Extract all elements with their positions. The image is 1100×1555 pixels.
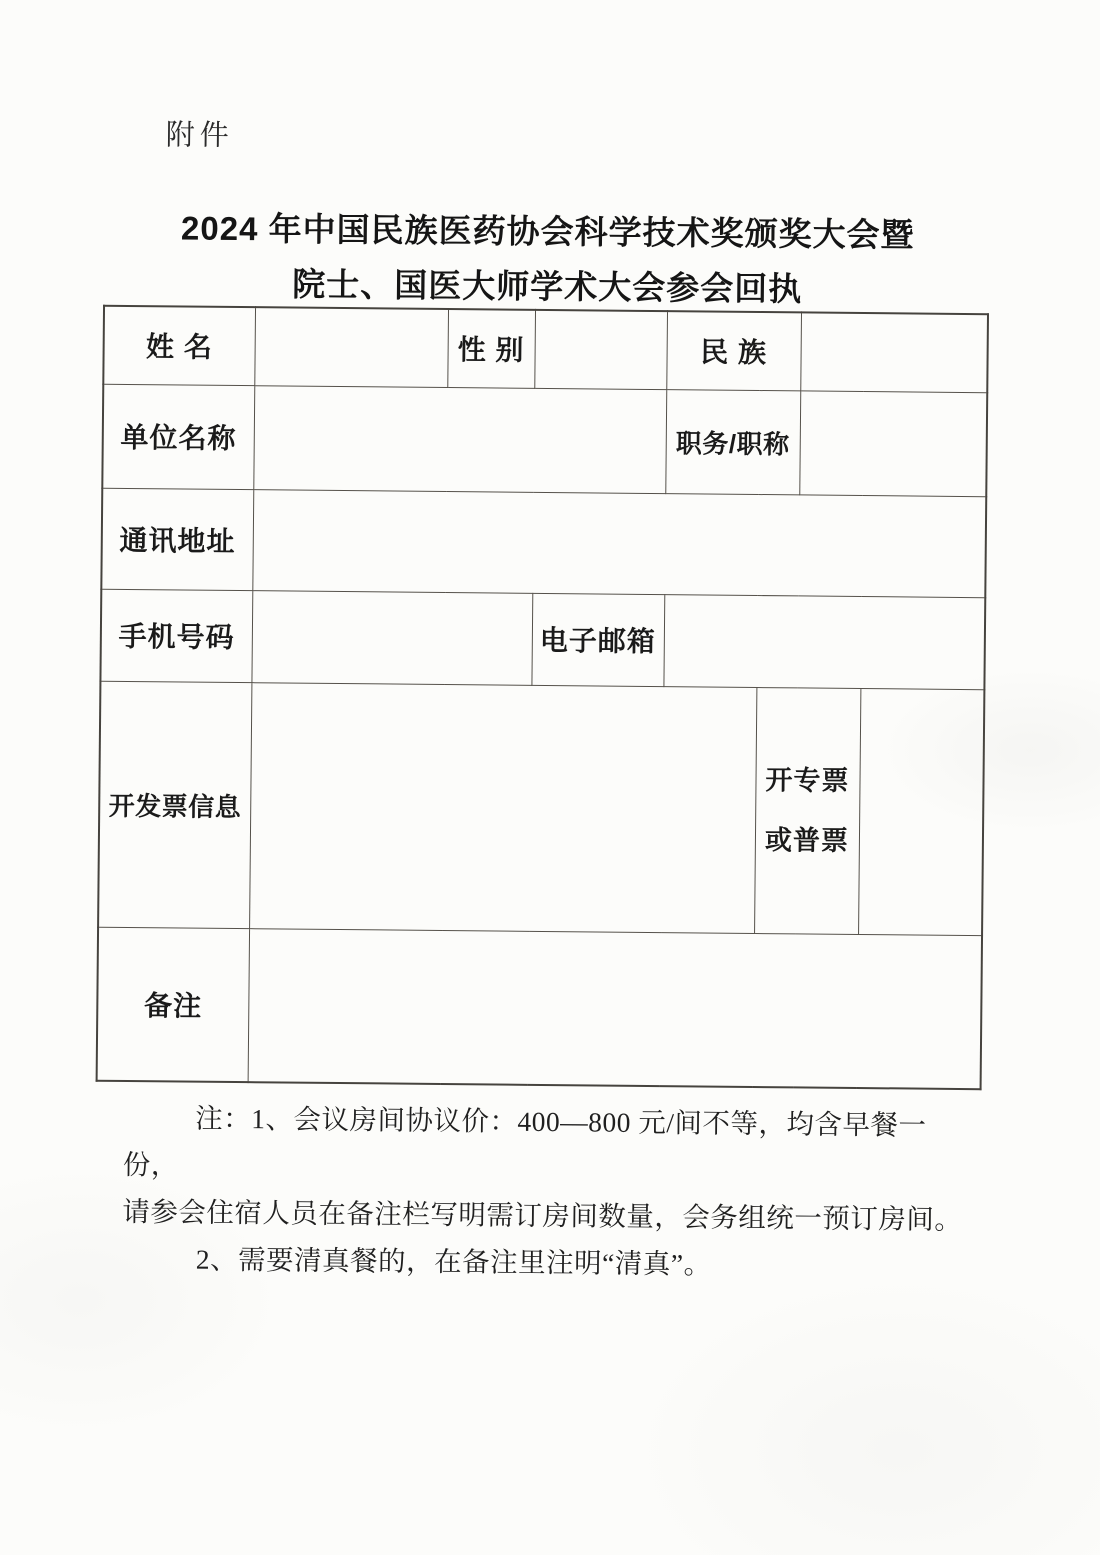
- email-value-cell: [663, 594, 985, 689]
- organization-value-cell: [253, 385, 666, 493]
- mobile-label: 手机号码: [100, 589, 252, 682]
- name-label: 姓 名: [103, 306, 255, 385]
- row-organization-position: 单位名称 职务/职称: [102, 384, 987, 496]
- ethnicity-label: 民 族: [666, 311, 801, 390]
- gender-value-cell: [534, 310, 667, 389]
- row-invoice: 开发票信息 开专票 或普票: [98, 681, 984, 935]
- scanned-document-page: 附件 2024 年中国民族医药协会科学技术奖颁奖大会暨 院士、国医大师学术大会参…: [0, 0, 1100, 1555]
- remarks-label: 备注: [97, 927, 249, 1082]
- scan-tilt-wrapper: 附件 2024 年中国民族医药协会科学技术奖颁奖大会暨 院士、国医大师学术大会参…: [0, 0, 1100, 1555]
- name-value-cell: [254, 307, 448, 387]
- invoice-type-value-cell: [858, 688, 984, 935]
- row-name-gender-ethnicity: 姓 名 性 别 民 族: [103, 306, 988, 392]
- footnote-line-2: 请参会住宿人员在备注栏写明需订房间数量，会务组统一预订房间。: [122, 1188, 968, 1243]
- invoice-value-cell: [249, 682, 756, 933]
- email-label: 电子邮箱: [531, 593, 664, 686]
- footnote-line-3: 2、需要清真餐的，在备注里注明“清真”。: [122, 1235, 968, 1290]
- organization-label: 单位名称: [102, 384, 254, 489]
- invoice-type-label: 开专票 或普票: [754, 687, 860, 934]
- attachment-label: 附件: [166, 112, 234, 154]
- registration-form-table: 姓 名 性 别 民 族 单位名称 职务/职称 通讯地址: [96, 305, 989, 1090]
- row-mobile-email: 手机号码 电子邮箱: [100, 589, 985, 689]
- ethnicity-value-cell: [800, 312, 988, 392]
- invoice-type-label-line-1: 开专票: [756, 750, 860, 811]
- mobile-value-cell: [251, 590, 532, 685]
- gender-label: 性 别: [447, 309, 535, 388]
- position-label: 职务/职称: [665, 389, 800, 494]
- footnotes: 注：1、会议房间协议价：400—800 元/间不等，均含早餐一份， 请参会住宿人…: [122, 1094, 970, 1290]
- invoice-label: 开发票信息: [98, 681, 251, 928]
- invoice-type-label-line-2: 或普票: [755, 810, 859, 871]
- document-title: 2024 年中国民族医药协会科学技术奖颁奖大会暨 院士、国医大师学术大会参会回执: [0, 199, 1098, 320]
- row-address: 通讯地址: [101, 488, 986, 597]
- row-remarks: 备注: [97, 927, 982, 1089]
- address-label: 通讯地址: [101, 488, 253, 590]
- footnote-line-1: 注：1、会议房间协议价：400—800 元/间不等，均含早餐一份，: [123, 1094, 970, 1196]
- position-value-cell: [799, 390, 987, 496]
- address-value-cell: [252, 489, 986, 597]
- remarks-value-cell: [248, 928, 982, 1089]
